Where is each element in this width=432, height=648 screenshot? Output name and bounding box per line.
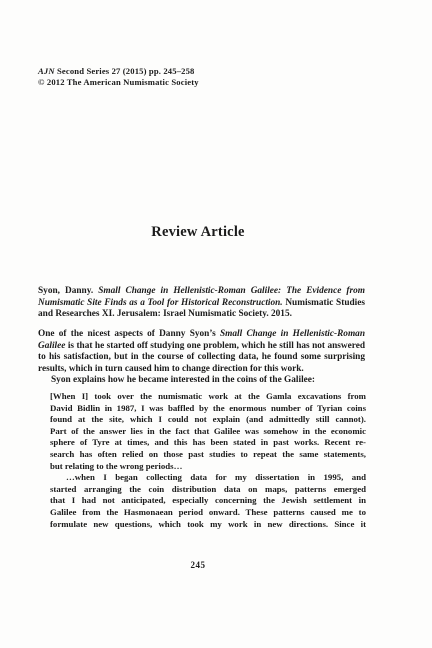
text-line: Syon, Danny. Small Change in Hellenistic…	[38, 286, 365, 298]
text-line: David Bidlin in 1987, I was baffled by t…	[50, 403, 366, 415]
journal-header: AJN Second Series 27 (2015) pp. 245–258©…	[38, 66, 366, 88]
text-line: formulate new questions, which took my w…	[50, 519, 366, 531]
article-title: Review Article	[34, 224, 362, 241]
text-line: …when I began collecting data for my dis…	[50, 472, 366, 484]
text-line: found at the site, which I could not exp…	[50, 414, 366, 426]
text-line: search has often relied on those past st…	[50, 449, 366, 461]
text-line: and Researches XI. Jerusalem: Israel Num…	[38, 309, 365, 321]
body-paragraph: One of the nicest aspects of Danny Syon’…	[38, 329, 365, 387]
text-line: AJN Second Series 27 (2015) pp. 245–258	[38, 66, 366, 77]
text-line: to his satisfaction, but in the course o…	[38, 352, 365, 364]
page-number: 245	[34, 560, 362, 570]
text-line: Galilee is that he started off studying …	[38, 341, 365, 353]
text-line: Part of the answer lies in the fact that…	[50, 426, 366, 438]
text-line: © 2012 The American Numismatic Society	[38, 77, 366, 88]
block-quote: [When I] took over the numismatic work a…	[50, 391, 366, 530]
text-line: [When I] took over the numismatic work a…	[50, 391, 366, 403]
text-line: Numismatic Site Finds as a Tool for Hist…	[38, 298, 365, 310]
text-line: started arranging the coin distribution …	[50, 484, 366, 496]
text-line: that I had not anticipated, especially c…	[50, 495, 366, 507]
text-line: One of the nicest aspects of Danny Syon’…	[38, 329, 365, 341]
text-line: sphere of Tyre at times, and this has be…	[50, 437, 366, 449]
scanned-journal-page: AJN Second Series 27 (2015) pp. 245–258©…	[0, 0, 432, 648]
text-line: Syon explains how he became interested i…	[38, 375, 365, 387]
book-citation: Syon, Danny. Small Change in Hellenistic…	[38, 286, 365, 321]
text-line: but relating to the wrong periods…	[50, 461, 366, 473]
text-line: results, which in turn caused him to cha…	[38, 364, 365, 376]
text-line: Galilee from the Hasmonaean period onwar…	[50, 507, 366, 519]
